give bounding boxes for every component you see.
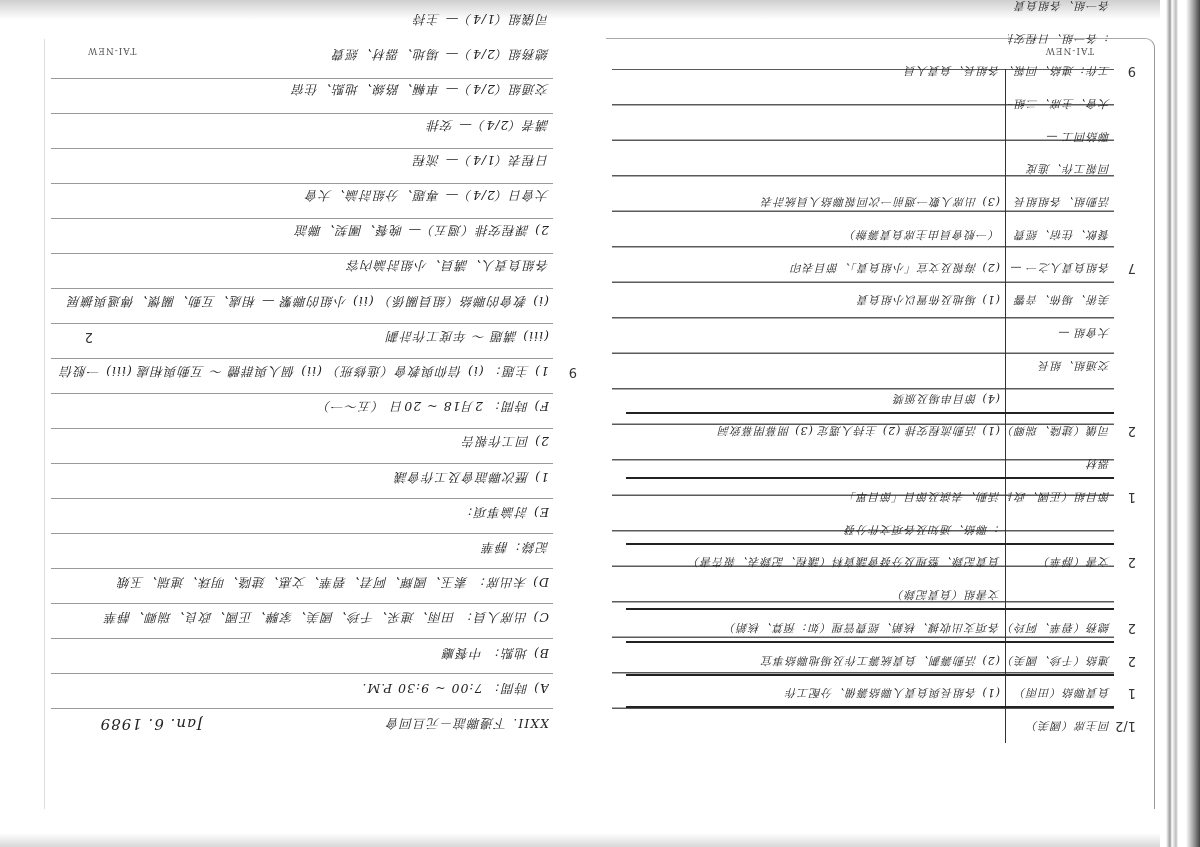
table-cell-left: 交通組、組長 <box>1008 350 1110 381</box>
margin-mark: 7 <box>1128 260 1136 275</box>
margin-mark: 1 <box>1128 489 1136 504</box>
item-text: 講者（2/4）— 安排 <box>426 118 549 133</box>
table-cell-right: (2) 海報及文宣「小組負責」、節目表印 <box>620 252 1000 283</box>
notebook-binding <box>1160 0 1200 847</box>
table-cell-left: 各組負責人之一 — <box>1008 252 1110 283</box>
margin-mark: 1 <box>1128 685 1136 700</box>
table-cell-right: (3) 出席人數一週前一次回報聯絡人員統計表 <box>620 186 1000 217</box>
table-cell-left <box>1008 579 1110 610</box>
table-cell-left: 各一組、各組負責 <box>1008 0 1110 21</box>
notebook-spread: TAI-NEW XXII. 下邊聯誼－元旦回會Jan. 6. 1989A) 時間… <box>0 0 1200 847</box>
table-cell-left: 器材 <box>1008 448 1110 479</box>
item-label: 1) 主題： <box>489 364 549 379</box>
margin-mark: 2 <box>1128 620 1136 635</box>
table-cell-left: 連絡（千珍、國美） <box>1008 645 1110 676</box>
list-item: 日程表（1/4）— 流程 <box>59 145 549 176</box>
table-cell-right: (1) 各組長與負責人聯絡籌備、分配工作 <box>620 677 1000 708</box>
list-item: 交通組（2/4）— 車輛、路線、地點、住宿 <box>59 74 549 105</box>
scan-shadow-bottom <box>0 833 1200 847</box>
list-item: 2) 課程安排（週五）— 晚餐、團契、聯誼 <box>59 215 549 246</box>
list-item: A) 時間： 7:00 ~ 9:30 P.M. <box>59 673 549 704</box>
table-cell-right <box>620 154 1000 185</box>
item-text: 大會日（2/4）— 專題、分組討論、大會 <box>305 188 549 203</box>
item-text: 歷次聯誼會及工作會議 <box>394 470 534 485</box>
table-cell-left: 回報工作、進度 <box>1008 154 1110 185</box>
item-label: C) 出席人員： <box>460 610 549 625</box>
table-cell-right: (1) 場地及佈置以小組負責 <box>620 284 1000 315</box>
table-cell-right: 各組長、負責人員 <box>620 55 1000 86</box>
notebook-page-right: TAI-NEW XXII. 下邊聯誼－元旦回會Jan. 6. 1989A) 時間… <box>44 39 593 809</box>
item-text: 各組負責人、講員、小組討論內容 <box>346 258 549 273</box>
list-item: E) 討論事項： <box>59 497 549 528</box>
page-title: XXII. 下邊聯誼－元旦回會 <box>249 708 549 739</box>
table-cell-right <box>620 0 1000 21</box>
list-item: 1) 主題： (i) 信仰與教會（進修班） (ii) 個人與群體 ～ 互動與相處… <box>59 356 549 387</box>
table-cell-left: 節目組（正國、政良） <box>1008 481 1110 512</box>
table-cell-right <box>620 350 1000 381</box>
item-label: B) 地點： <box>487 646 549 661</box>
table-cell-left: 總務（碧華、阿玲） <box>1008 612 1110 643</box>
item-text: 總務組（2/4）— 場地、器材、經費 <box>332 47 549 62</box>
table-cell-right: (2) 活動籌劃、負責統籌工作及場地聯絡事宜 <box>620 645 1000 676</box>
table-cell-right: 文書組（負責記錄） <box>620 579 1000 610</box>
table-cell-right: 各項支出收據、核銷、經費管理（如：預算、核銷） <box>620 612 1000 643</box>
table-cell-right <box>620 448 1000 479</box>
list-item: 講者（2/4）— 安排 <box>59 110 549 141</box>
item-text: 回工作報告 <box>462 434 534 449</box>
item-text: 交通組（2/4）— 車輛、路線、地點、住宿 <box>291 82 549 97</box>
table-cell-left: 負責聯絡（田雨） <box>1008 677 1110 708</box>
table-cell-left: 大會組 — <box>1008 317 1110 348</box>
table-cell-left: ：各一組、日程安排 <box>1008 23 1110 54</box>
item-text: 記錄：靜華 <box>481 540 549 555</box>
item-text: 7:00 ~ 9:30 P.M. <box>361 681 487 696</box>
margin-mark: 2 <box>1128 653 1136 668</box>
item-text: 2月18 ~ 20日 （五～一） <box>317 399 488 414</box>
table-cell-right: 負責記錄、整理及分發會議資料（議程、記錄表、報告書） <box>620 546 1000 577</box>
margin-mark: 2 <box>1128 423 1136 438</box>
table-cell-right: （一般會員由主席負責籌辦） <box>620 219 1000 250</box>
item-label: 2) <box>534 223 549 238</box>
table-cell-right: ：聯絡、通知及各項文件分發 <box>620 514 1000 545</box>
list-item: C) 出席人員： 田雨、連采、千珍、國美、家驊、正國、政良、瑞卿、靜華 <box>59 602 549 633</box>
item-text: 司儀組（1/4）— 主持 <box>413 12 549 27</box>
item-text: 素玉、國輝、阿君、碧華、文惠、建隆、明珠、連瑞、玉娥 <box>117 575 473 590</box>
item-text: (iii) 講題 ～ 年度工作計劃 <box>386 329 549 344</box>
list-item: 司儀組（1/4）— 主持 <box>59 4 549 35</box>
item-text: 日程表（1/4）— 流程 <box>413 153 549 168</box>
table-cell-right: 活動、表演及節目「節目單」 <box>620 481 1000 512</box>
item-text: 田雨、連采、千珍、國美、家驊、正國、政良、瑞卿、靜華 <box>104 610 460 625</box>
table-cell-right: (4) 節目串場及頒獎 <box>620 383 1000 414</box>
list-item: (iii) 講題 ～ 年度工作計劃 <box>59 321 549 352</box>
margin-mark: 2 <box>1128 554 1136 569</box>
table-cell-right <box>620 23 1000 54</box>
table-cell-left: 司儀（建隆、瑞卿） <box>1008 415 1110 446</box>
table-cell-left: 餐飲、住宿、經費 <box>1008 219 1110 250</box>
table-cell-right <box>620 710 1000 741</box>
item-label: A) 時間： <box>488 681 549 696</box>
table-cell-left: 活動組、各組組長 <box>1008 186 1110 217</box>
margin-mark: 9 <box>1128 63 1136 78</box>
list-item: B) 地點： 中餐廳 <box>59 638 549 669</box>
table-cell-left: 工作：連絡、回報、統籌 <box>1008 55 1110 86</box>
item-text: (i) 教會的聯絡（組員關係） (ii) 小組的聯繫 — 相處、互動、關懷、傳遞… <box>67 294 549 309</box>
list-item: 大會日（2/4）— 專題、分組討論、大會 <box>59 180 549 211</box>
list-item: D) 未出席： 素玉、國輝、阿君、碧華、文惠、建隆、明珠、連瑞、玉娥 <box>59 567 549 598</box>
list-item: 記錄：靜華 <box>59 532 549 563</box>
table-cell-left: 文書（靜華） <box>1008 546 1110 577</box>
item-text: (i) 信仰與教會（進修班） (ii) 個人與群體 ～ 互動與相處 (iii) … <box>59 364 489 379</box>
margin-mark: 1/2 <box>1115 718 1136 733</box>
table-cell-left: 聯絡回工 — <box>1008 121 1110 152</box>
list-item: 2) 回工作報告 <box>59 426 549 457</box>
margin-mark: 9 <box>569 364 577 379</box>
item-text: 中餐廳 <box>442 646 487 661</box>
list-item: F) 時間： 2月18 ~ 20日 （五～一） <box>59 391 549 422</box>
list-item: (i) 教會的聯絡（組員關係） (ii) 小組的聯繫 — 相處、互動、關懷、傳遞… <box>59 286 549 317</box>
table-cell-right <box>620 88 1000 119</box>
item-label: 2) <box>534 434 549 449</box>
table-cell-left: 美術、場佈、音響 <box>1008 284 1110 315</box>
list-item: 各組負責人、講員、小組討論內容 <box>59 250 549 281</box>
table-cell-right: (1) 活動流程安排 (2) 主持人選定 (3) 開幕閉幕致詞 <box>620 415 1000 446</box>
page-date: Jan. 6. 1989 <box>53 708 203 739</box>
list-item: 總務組（2/4）— 場地、器材、經費 <box>59 39 549 70</box>
notebook-page-left: TAI-NEW 回主席（國美）1/2負責聯絡（田雨）(1) 各組長與負責人聯絡籌… <box>606 38 1155 809</box>
table-cell-left <box>1008 383 1110 414</box>
table-cell-right <box>620 121 1000 152</box>
item-label: D) 未出席： <box>473 575 549 590</box>
table-cell-left: 回主席（國美） <box>1008 710 1110 741</box>
margin-mark: 2 <box>85 329 93 344</box>
table-cell-right <box>620 317 1000 348</box>
item-label: E) 討論事項： <box>461 505 549 520</box>
item-label: F) 時間： <box>488 399 549 414</box>
table-cell-left <box>1008 514 1110 545</box>
item-label: 1) <box>534 470 549 485</box>
item-text: 課程安排（週五）— 晚餐、團契、聯誼 <box>295 223 534 238</box>
list-item: 1) 歷次聯誼會及工作會議 <box>59 462 549 493</box>
table-cell-left: 大會、主席、二組一組 <box>1008 88 1110 119</box>
